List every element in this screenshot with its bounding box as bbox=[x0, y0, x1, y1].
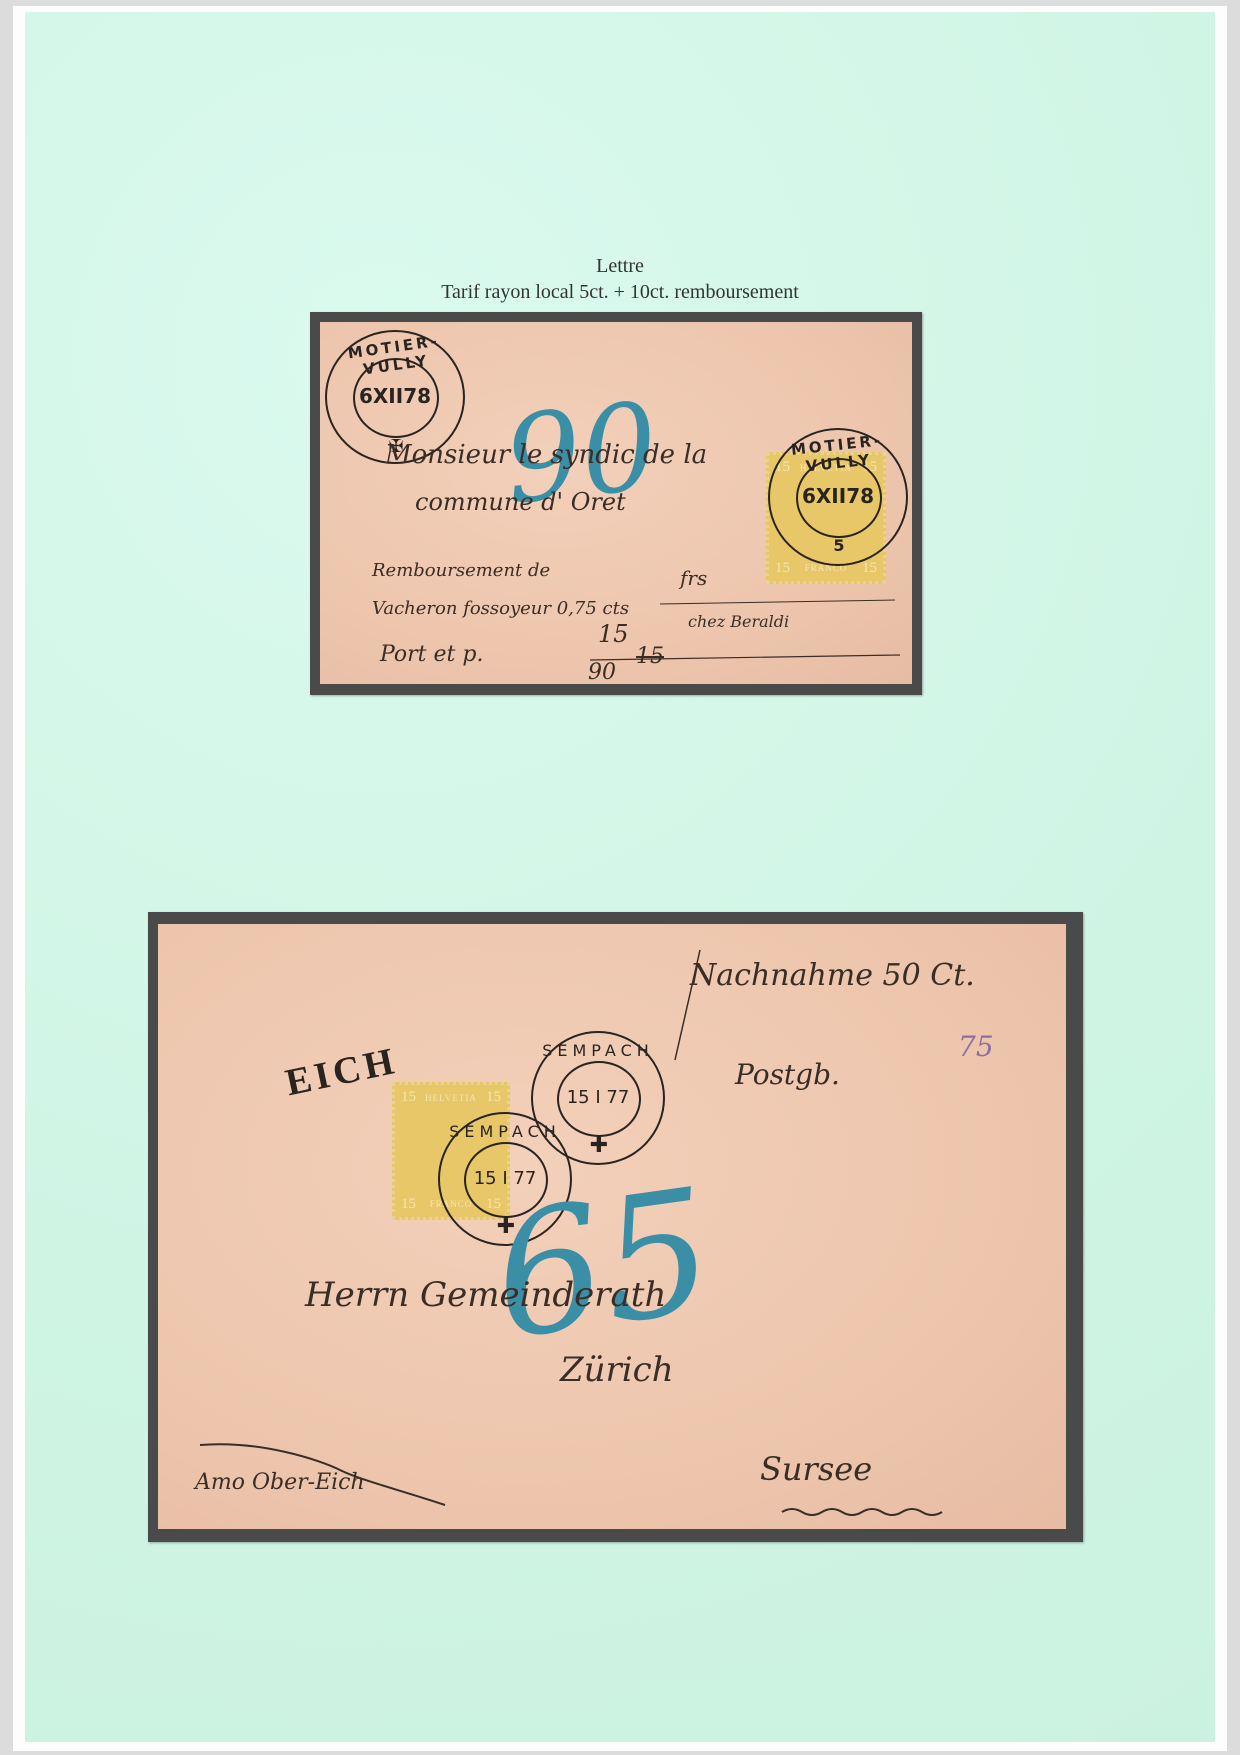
bottom-cover-ink-lines bbox=[0, 0, 1240, 1755]
